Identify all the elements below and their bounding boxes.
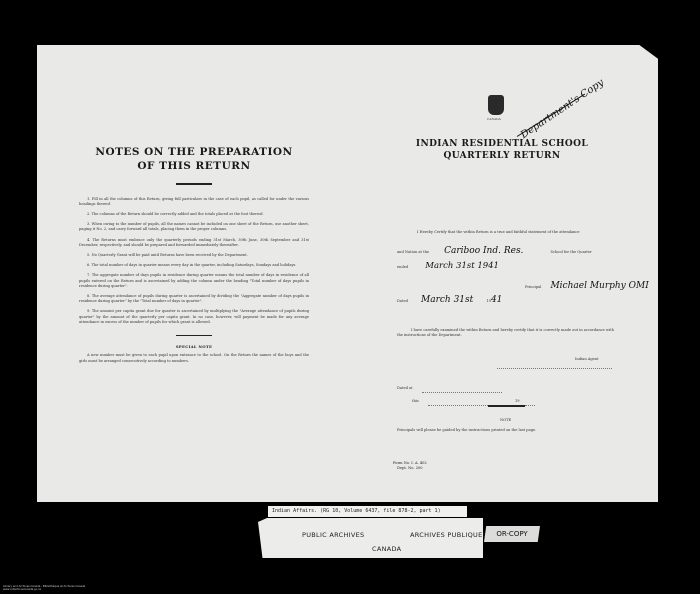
school-for-quarter-label: School for the Quarter bbox=[551, 250, 592, 254]
return-title-line1: INDIAN RESIDENTIAL SCHOOL bbox=[397, 138, 607, 150]
preparation-notes: NOTES ON THE PREPARATION OF THIS RETURN … bbox=[79, 145, 309, 369]
dated-field: March 31st bbox=[421, 295, 473, 305]
dated-label: Dated bbox=[397, 299, 408, 303]
principal-signature: Michael Murphy OMI bbox=[550, 281, 648, 291]
this-row: this 19 bbox=[412, 387, 535, 406]
year-label: 19 bbox=[515, 399, 520, 403]
notes-title-line1: NOTES ON THE PREPARATION bbox=[79, 145, 309, 159]
document-page: NOTES ON THE PREPARATION OF THIS RETURN … bbox=[37, 45, 658, 502]
agent-certify-text: I have carefully examined the within Ret… bbox=[397, 328, 619, 338]
or-copy-stamp: OR-COPY bbox=[484, 526, 540, 542]
canada-label: CANADA bbox=[372, 545, 401, 553]
handwritten-annotation: Department's Copy bbox=[519, 77, 606, 141]
note-item: 2. The columns of the Return should be c… bbox=[79, 212, 309, 217]
note-item: 4. The Returns must embrace only the qua… bbox=[79, 238, 309, 248]
ended-label: ended bbox=[397, 265, 408, 269]
note-item: 9. The amount per capita grant due for q… bbox=[79, 309, 309, 325]
canada-crest-icon bbox=[488, 95, 504, 115]
form-number-line2: Dept. No. 200 bbox=[393, 466, 427, 471]
divider bbox=[176, 335, 212, 337]
special-note-text: A new number must be given to each pupil… bbox=[79, 353, 309, 363]
return-title: INDIAN RESIDENTIAL SCHOOL QUARTERLY RETU… bbox=[397, 138, 607, 162]
note-item: 5. No Quarterly Grant will be paid until… bbox=[79, 253, 309, 258]
dated-row: Dated March 31st 1941 bbox=[397, 287, 502, 306]
ended-date-field: March 31st 1941 bbox=[425, 261, 499, 271]
this-label: this bbox=[412, 399, 419, 403]
public-archives-label: PUBLIC ARCHIVES bbox=[302, 531, 364, 539]
footer-credit: Library and Archives Canada - Bibliothèq… bbox=[3, 585, 85, 591]
return-title-line2: QUARTERLY RETURN bbox=[397, 150, 607, 162]
crest-label: CANADA bbox=[487, 117, 501, 121]
note-text: Principals will please be guided by the … bbox=[397, 428, 536, 432]
dated-year-field: 41 bbox=[491, 295, 502, 305]
indian-agent-label: Indian Agent bbox=[575, 357, 599, 361]
agent-signature-field[interactable] bbox=[497, 368, 612, 369]
this-year-field[interactable] bbox=[525, 405, 535, 406]
dated-at-label: Dated at bbox=[397, 386, 413, 390]
divider bbox=[176, 183, 212, 185]
archive-reference: Indian Affairs. (RG 10, Volume 6437, fil… bbox=[268, 506, 467, 517]
credit-line2: www.collectionscanada.gc.ca bbox=[3, 588, 85, 591]
note-title: NOTE bbox=[500, 418, 511, 422]
certify-text: I Hereby Certify that the within Return … bbox=[417, 230, 580, 234]
note-item: 1. Fill in all the columns of this Retur… bbox=[79, 197, 309, 207]
note-item: 3. When owing to the number of pupils, a… bbox=[79, 222, 309, 232]
ended-row: ended March 31st 1941 bbox=[397, 253, 499, 272]
notes-title-line2: OF THIS RETURN bbox=[79, 159, 309, 173]
principal-row: Principal Michael Murphy OMI bbox=[525, 273, 649, 292]
note-item: 6. The total number of days in quarter m… bbox=[79, 263, 309, 268]
form-number: Form No. I. A. 402 Dept. No. 200 bbox=[393, 461, 427, 471]
note-item: 8. The average attendance of pupils duri… bbox=[79, 294, 309, 304]
note-item: 7. The aggregate number of days pupils i… bbox=[79, 273, 309, 289]
principal-label: Principal bbox=[525, 285, 541, 289]
divider bbox=[488, 405, 525, 407]
notes-title: NOTES ON THE PREPARATION OF THIS RETURN bbox=[79, 145, 309, 173]
special-note-title: SPECIAL NOTE bbox=[79, 344, 309, 349]
archives-publiques-label: ARCHIVES PUBLIQUES bbox=[410, 531, 487, 539]
